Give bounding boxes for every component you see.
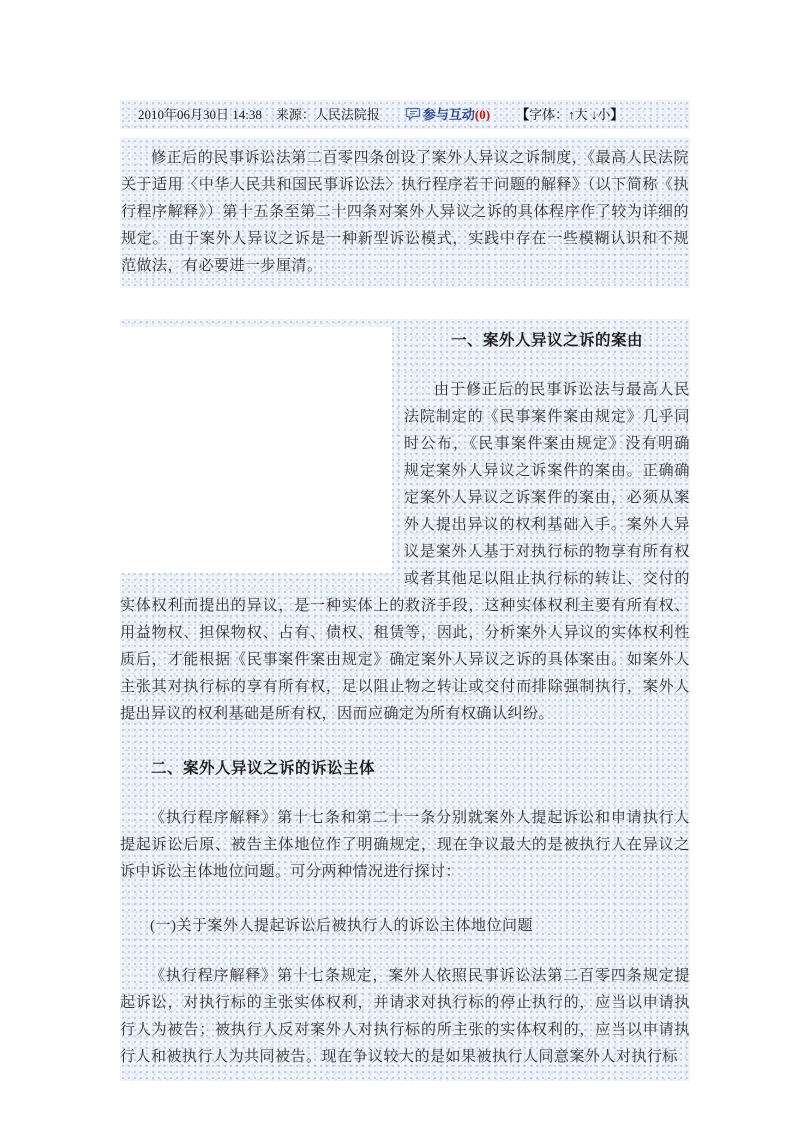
interact-label: 参与互动: [423, 107, 475, 122]
article-page: 2010年06月30日 14:38来源：人民法院报参与互动(0)【字体：↑大 ↓…: [0, 0, 800, 1132]
source-name: 人民法院报: [315, 107, 380, 122]
interact-link[interactable]: 参与互动(0): [406, 107, 490, 122]
article-image-placeholder: [120, 327, 392, 573]
font-larger-button[interactable]: ↑大: [568, 107, 588, 122]
font-label: 字体：: [529, 107, 568, 122]
interact-count: (0): [475, 107, 490, 122]
intro-paragraph: 修正后的民事诉讼法第二百零四条创设了案外人异议之诉制度，《最高人民法院关于适用〈…: [121, 145, 689, 280]
bracket-close: 】: [610, 107, 623, 122]
font-size-control: 【字体：↑大 ↓小】: [516, 107, 623, 122]
section2-paragraph-2: 《执行程序解释》第十七条规定，案外人依照民事诉讼法第二百零四条规定提起诉讼，对执…: [120, 963, 690, 1071]
article-content: 2010年06月30日 14:38来源：人民法院报参与互动(0)【字体：↑大 ↓…: [120, 100, 690, 1081]
meta-bar: 2010年06月30日 14:38来源：人民法院报参与互动(0)【字体：↑大 ↓…: [120, 100, 690, 129]
source-label: 来源：: [276, 107, 315, 122]
section2-paragraph-1: 《执行程序解释》第十七条和第二十一条分别就案外人提起诉讼和申请执行人提起诉讼后原…: [120, 805, 690, 886]
bracket-open: 【: [516, 107, 529, 122]
section2-heading: 二、案外人异议之诉的诉讼主体: [120, 755, 690, 782]
publish-date: 2010年06月30日 14:38: [138, 107, 262, 122]
main-block: 一、案外人异议之诉的案由 由于修正后的民事诉讼法与最高人民法院制定的《民事案件案…: [120, 319, 690, 1081]
intro-block: 修正后的民事诉讼法第二百零四条创设了案外人异议之诉制度，《最高人民法院关于适用〈…: [120, 138, 690, 288]
font-smaller-button[interactable]: ↓小: [591, 107, 611, 122]
section2-subheading-1: (一)关于案外人提起诉讼后被执行人的诉讼主体地位问题: [120, 913, 690, 940]
source: 来源：人民法院报: [276, 107, 380, 122]
comment-bubble-icon: [406, 107, 421, 121]
